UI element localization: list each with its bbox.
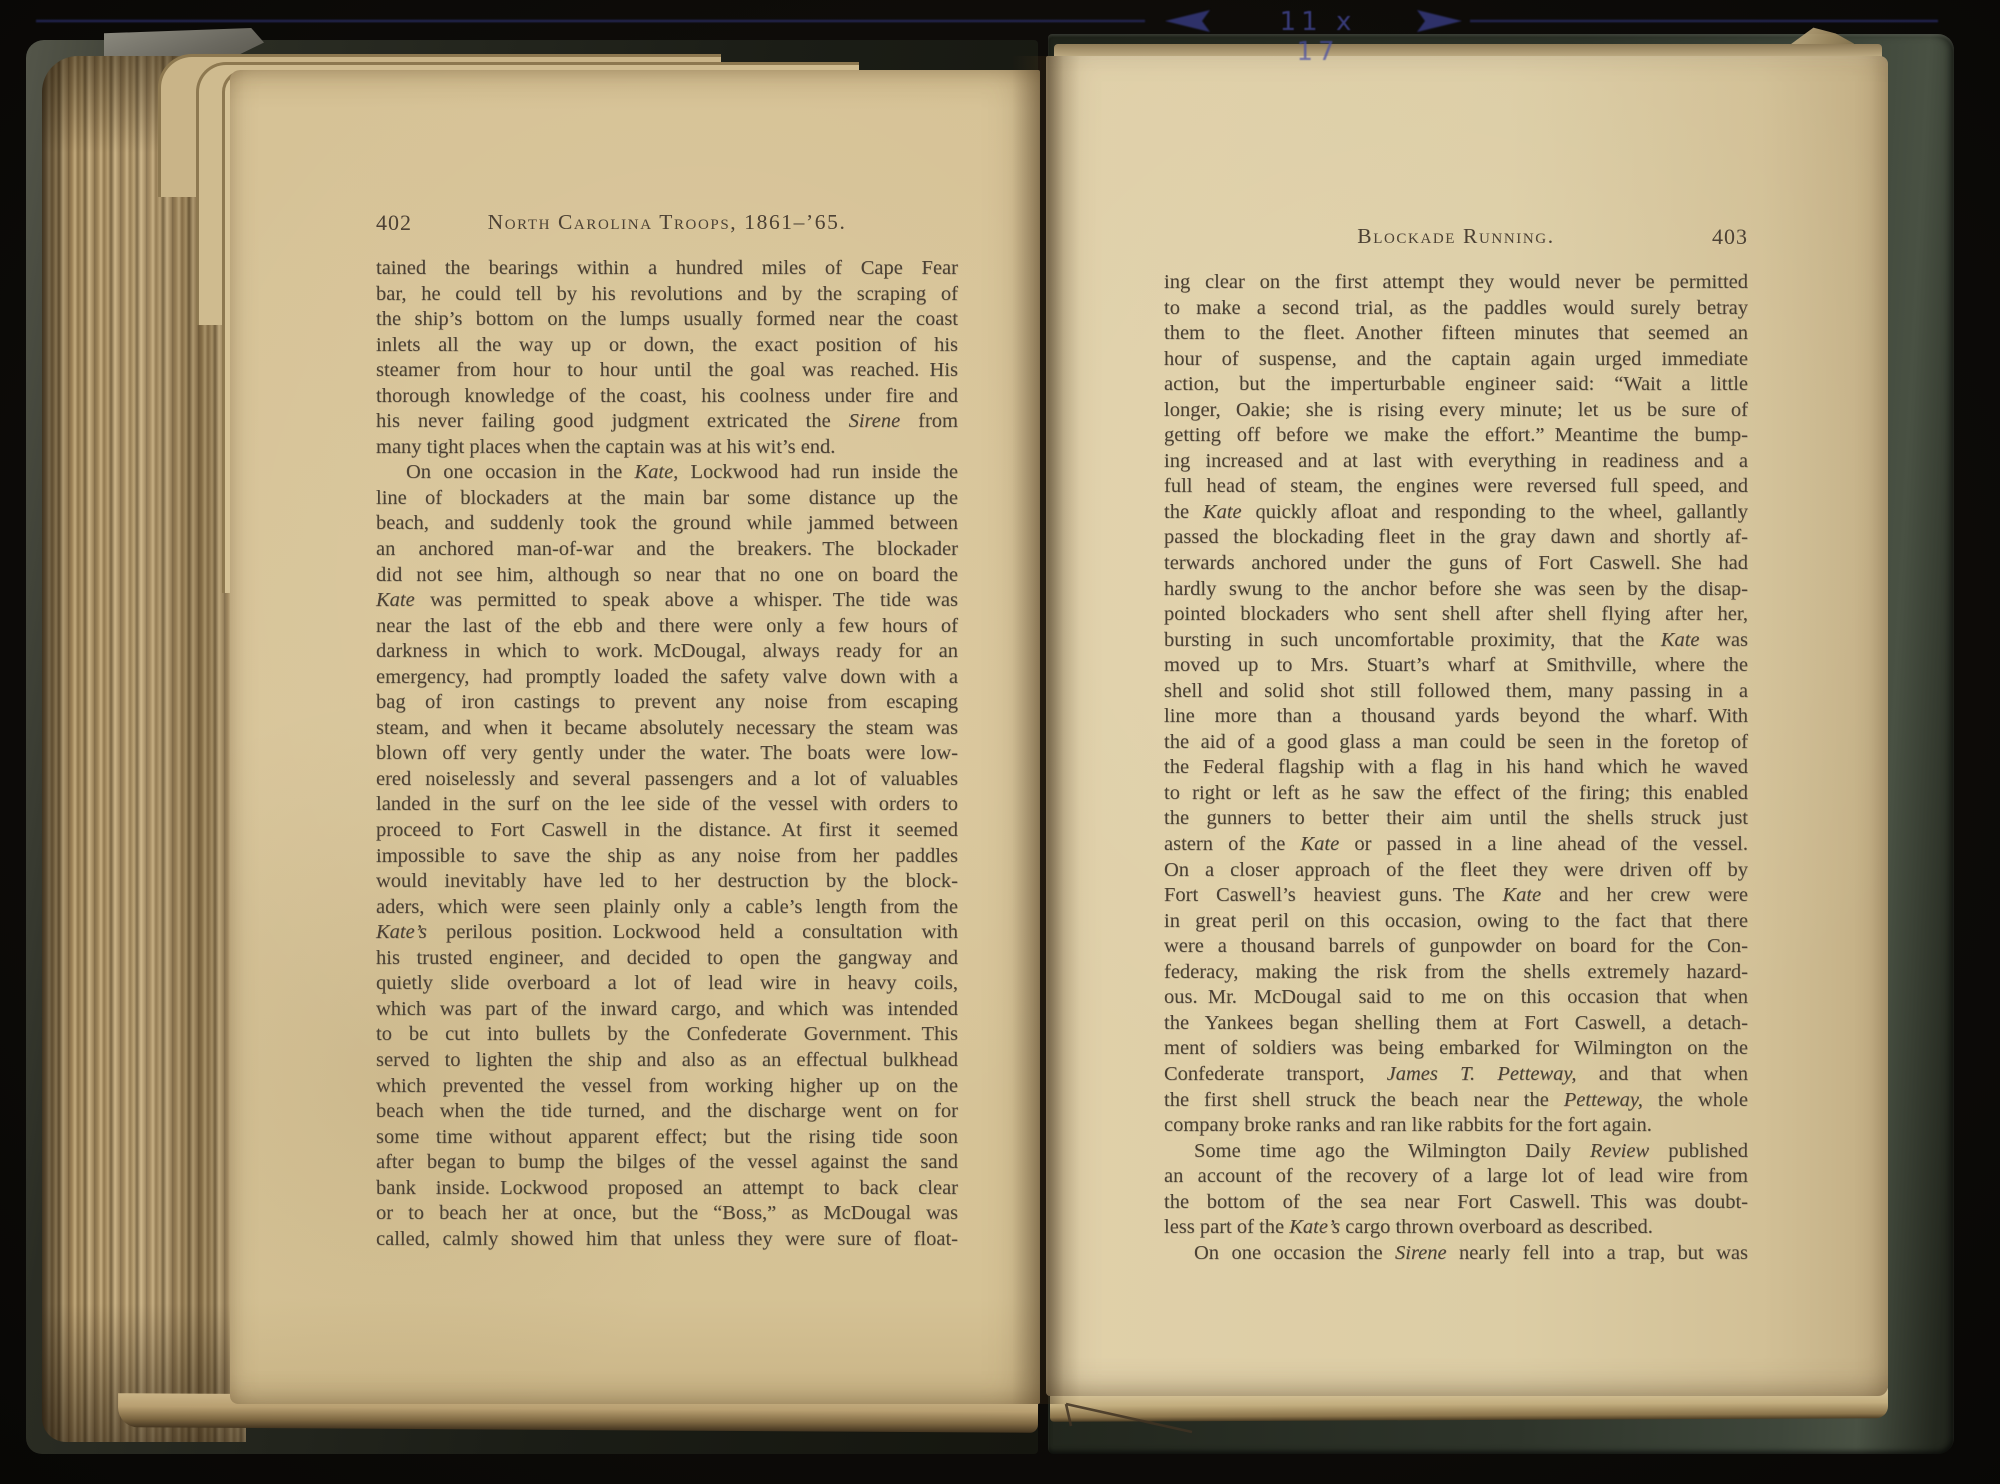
text-line: Confederate transport, James T. Petteway… — [1164, 1062, 1748, 1088]
text-line: or to beach her at once, but the “Boss,”… — [376, 1201, 958, 1227]
text-line: beach when the tide turned, and the disc… — [376, 1099, 958, 1125]
text-line: were a thousand barrels of gunpowder on … — [1164, 934, 1748, 960]
text-line: to right or left as he saw the effect of… — [1164, 781, 1748, 807]
text-line: would inevitably have led to her destruc… — [376, 869, 958, 895]
text-line: his never failing good judgment extricat… — [376, 409, 958, 435]
text-line: his trusted engineer, and decided to ope… — [376, 946, 958, 972]
ruler-line — [30, 4, 1960, 40]
text-line: hour of suspense, and the captain again … — [1164, 347, 1748, 373]
text-line: full head of steam, the engines were rev… — [1164, 474, 1748, 500]
text-line: steamer from hour to hour until the goal… — [376, 358, 958, 384]
text-line: many tight places when the captain was a… — [376, 435, 958, 461]
text-line: longer, Oakie; she is rising every minut… — [1164, 398, 1748, 424]
ruler-size-label: 11 x 17 — [1253, 7, 1383, 67]
text-line: federacy, making the risk from the shell… — [1164, 960, 1748, 986]
page-number-right: 403 — [1164, 224, 1748, 250]
text-line: darkness in which to work. McDougal, alw… — [376, 639, 958, 665]
text-line: proceed to Fort Caswell in the distance.… — [376, 818, 958, 844]
text-line: the aid of a good glass a man could be s… — [1164, 730, 1748, 756]
text-line: the ship’s bottom on the lumps usually f… — [376, 307, 958, 333]
text-line: ing increased and at last with everythin… — [1164, 449, 1748, 475]
text-line: called, calmly showed him that unless th… — [376, 1227, 958, 1253]
text-line: ment of soldiers was being embarked for … — [1164, 1036, 1748, 1062]
text-line: astern of the Kate or passed in a line a… — [1164, 832, 1748, 858]
text-line: getting off before we make the effort.” … — [1164, 423, 1748, 449]
running-header-left: North Carolina Troops, 1861–’65. — [376, 210, 958, 235]
text-line: which was part of the inward cargo, and … — [376, 997, 958, 1023]
text-line: hardly swung to the anchor before she wa… — [1164, 577, 1748, 603]
right-running-head: Blockade Running. 403 — [1164, 224, 1748, 254]
text-line: shell and solid shot still followed them… — [1164, 679, 1748, 705]
text-line: bursting in such uncomfortable proximity… — [1164, 628, 1748, 654]
text-line: some time without apparent effect; but t… — [376, 1125, 958, 1151]
wire-mark — [1060, 1392, 1210, 1438]
text-line: to make a second trial, as the paddles w… — [1164, 296, 1748, 322]
text-line: the Kate quickly afloat and responding t… — [1164, 500, 1748, 526]
scan-background: 11 x 17 402 North Carolina Troops, 1861–… — [0, 0, 2000, 1484]
text-line: the first shell struck the beach near th… — [1164, 1088, 1748, 1114]
text-line: ous. Mr. McDougal said to me on this occ… — [1164, 985, 1748, 1011]
text-line: the bottom of the sea near Fort Caswell.… — [1164, 1190, 1748, 1216]
text-line: less part of the Kate’s cargo thrown ove… — [1164, 1215, 1748, 1241]
text-line: steam, and when it became absolutely nec… — [376, 716, 958, 742]
right-arrow-icon — [1417, 10, 1462, 32]
text-line: ered noiselessly and several passengers … — [376, 767, 958, 793]
text-line: On one occasion the Sirene nearly fell i… — [1164, 1241, 1748, 1267]
text-line: bank inside. Lockwood proposed an attemp… — [376, 1176, 958, 1202]
text-line: Kate was permitted to speak above a whis… — [376, 588, 958, 614]
text-line: the gunners to better their aim until th… — [1164, 806, 1748, 832]
left-page-text: tained the bearings within a hundred mil… — [376, 256, 958, 1252]
text-line: line more than a thousand yards beyond t… — [1164, 704, 1748, 730]
text-line: Fort Caswell’s heaviest guns. The Kate a… — [1164, 883, 1748, 909]
text-line: On one occasion in the Kate, Lockwood ha… — [376, 460, 958, 486]
text-line: moved up to Mrs. Stuart’s wharf at Smith… — [1164, 653, 1748, 679]
right-page: Blockade Running. 403 ing clear on the f… — [1046, 56, 1888, 1396]
text-line: the Federal flagship with a flag in his … — [1164, 755, 1748, 781]
text-line: line of blockaders at the main bar some … — [376, 486, 958, 512]
text-line: bar, he could tell by his revolutions an… — [376, 282, 958, 308]
text-line: terwards anchored under the guns of Fort… — [1164, 551, 1748, 577]
text-line: Kate’s perilous position. Lockwood held … — [376, 920, 958, 946]
text-line: after began to bump the bilges of the ve… — [376, 1150, 958, 1176]
text-line: ing clear on the first attempt they woul… — [1164, 270, 1748, 296]
text-line: did not see him, although so near that n… — [376, 563, 958, 589]
text-line: bag of iron castings to prevent any nois… — [376, 690, 958, 716]
text-line: pointed blockaders who sent shell after … — [1164, 602, 1748, 628]
text-line: them to the fleet. Another fifteen minut… — [1164, 321, 1748, 347]
text-line: landed in the surf on the lee side of th… — [376, 792, 958, 818]
text-line: Some time ago the Wilmington Daily Revie… — [1164, 1139, 1748, 1165]
text-line: in great peril on this occasion, owing t… — [1164, 909, 1748, 935]
text-line: passed the blockading fleet in the gray … — [1164, 525, 1748, 551]
text-line: action, but the imperturbable engineer s… — [1164, 372, 1748, 398]
text-line: impossible to save the ship as any noise… — [376, 844, 958, 870]
text-line: an account of the recovery of a large lo… — [1164, 1164, 1748, 1190]
right-page-text: ing clear on the first attempt they woul… — [1164, 270, 1748, 1266]
text-line: blown off very gently under the water. T… — [376, 741, 958, 767]
text-line: near the last of the ebb and there were … — [376, 614, 958, 640]
left-running-head: 402 North Carolina Troops, 1861–’65. — [376, 210, 958, 240]
text-line: beach, and suddenly took the ground whil… — [376, 511, 958, 537]
text-line: emergency, had promptly loaded the safet… — [376, 665, 958, 691]
text-line: the Yankees began shelling them at Fort … — [1164, 1011, 1748, 1037]
text-line: quietly slide overboard a lot of lead wi… — [376, 971, 958, 997]
text-line: tained the bearings within a hundred mil… — [376, 256, 958, 282]
text-line: inlets all the way up or down, the exact… — [376, 333, 958, 359]
text-line: which prevented the vessel from working … — [376, 1074, 958, 1100]
text-line: thorough knowledge of the coast, his coo… — [376, 384, 958, 410]
left-arrow-icon — [1165, 10, 1210, 32]
text-line: an anchored man-of-war and the breakers.… — [376, 537, 958, 563]
text-line: company broke ranks and ran like rabbits… — [1164, 1113, 1748, 1139]
left-page: 402 North Carolina Troops, 1861–’65. tai… — [230, 70, 1040, 1404]
size-ruler: 11 x 17 — [30, 4, 1960, 40]
text-line: aders, which were seen plainly only a ca… — [376, 895, 958, 921]
text-line: On a closer approach of the fleet they w… — [1164, 858, 1748, 884]
text-line: served to lighten the ship and also as a… — [376, 1048, 958, 1074]
text-line: to be cut into bullets by the Confederat… — [376, 1022, 958, 1048]
